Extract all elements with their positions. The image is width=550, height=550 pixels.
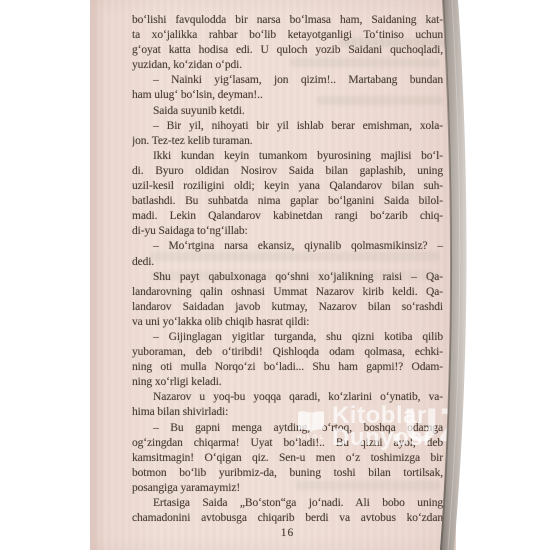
text-line: di-yu Saidaga to‘ng‘illab: — [132, 224, 443, 239]
text-line: – Bir yil, nihoyati bir yil ishlab berar… — [132, 119, 443, 134]
text-line: va uni yo‘lakka olib chiqib hasrat qildi… — [132, 315, 443, 330]
text-column: bo‘lishi favqulodda bir narsa bo‘lmasa h… — [132, 13, 443, 526]
text-line: ham ulug‘ bo‘lsin, deyman!.. — [132, 88, 443, 103]
text-line: Shu payt qabulxonaga qo‘shni xo‘jaliknin… — [132, 270, 443, 285]
text-line: og‘zingdan chiqarma! Uyat bo‘ladi!.. Bu … — [132, 436, 443, 451]
text-line: landarovning qalin oshnasi Ummat Nazarov… — [132, 285, 443, 300]
page-number: 16 — [132, 527, 443, 539]
text-line: – Gijinglagan yigitlar turganda, shu qiz… — [132, 330, 443, 345]
book-page: bo‘lishi favqulodda bir narsa bo‘lmasa h… — [90, 0, 456, 550]
text-line: g‘oyat katta hodisa edi. U quloch yozib … — [132, 43, 443, 58]
text-line: kamsitmagin! O‘qigan qiz. Sen-u men o‘z … — [132, 451, 443, 466]
text-line: ta xo‘jalikka rahbar bo‘lib ketayotganli… — [132, 28, 443, 43]
text-line: uzil-kesil roziligini oldi; keyin yana Q… — [132, 179, 443, 194]
text-line: hima bilan shivirladi: — [132, 405, 443, 420]
text-line: dedi. — [132, 255, 443, 270]
text-line: ning oti mulla Norqo‘zi bo‘ladi... Shu h… — [132, 360, 443, 375]
book-page-photo: bo‘lishi favqulodda bir narsa bo‘lmasa h… — [0, 0, 550, 550]
text-line: – Mo‘rtgina narsa ekansiz, qiynalib qolm… — [132, 239, 443, 254]
text-line: madi. Lekin Qalandarov kabinetdan rangi … — [132, 209, 443, 224]
text-line: – Nainki yig‘lasam, jon qizim!.. Martaba… — [132, 73, 443, 88]
text-line: bo‘lishi favqulodda bir narsa bo‘lmasa h… — [132, 13, 443, 28]
text-line: jon. Tez-tez kelib turaman. — [132, 134, 443, 149]
text-line: posangiga yaramaymiz! — [132, 481, 443, 496]
text-line: ning xo‘rligi keladi. — [132, 375, 443, 390]
text-line: yuboraman, deb o‘tiribdi! Qishloqda odam… — [132, 345, 443, 360]
text-line: – Bu gapni menga aytding, o‘rtoq, boshqa… — [132, 421, 443, 436]
text-line: yuzidan, ko‘zidan o‘pdi. — [132, 58, 443, 73]
text-line: Ertasiga Saida „Bo‘ston“ga jo‘nadi. Ali … — [132, 496, 443, 511]
text-line: chamadonini avtobusga chiqarib berdi va … — [132, 511, 443, 526]
text-line: batlashdi. Bu suhbatda nima gaplar bo‘lg… — [132, 194, 443, 209]
text-line: botmon bo‘lib yuribmiz-da, buning toshi … — [132, 466, 443, 481]
text-line: Saida suyunib ketdi. — [132, 104, 443, 119]
text-line: di. Byuro oldidan Nosirov Saida bilan ga… — [132, 164, 443, 179]
text-line: Nazarov u yoq-bu yoqqa qaradi, ko‘zlarin… — [132, 390, 443, 405]
text-line: landarov Saidadan javob kutmay, Nazarov … — [132, 300, 443, 315]
text-line: Ikki kundan keyin tumankom byurosining m… — [132, 149, 443, 164]
